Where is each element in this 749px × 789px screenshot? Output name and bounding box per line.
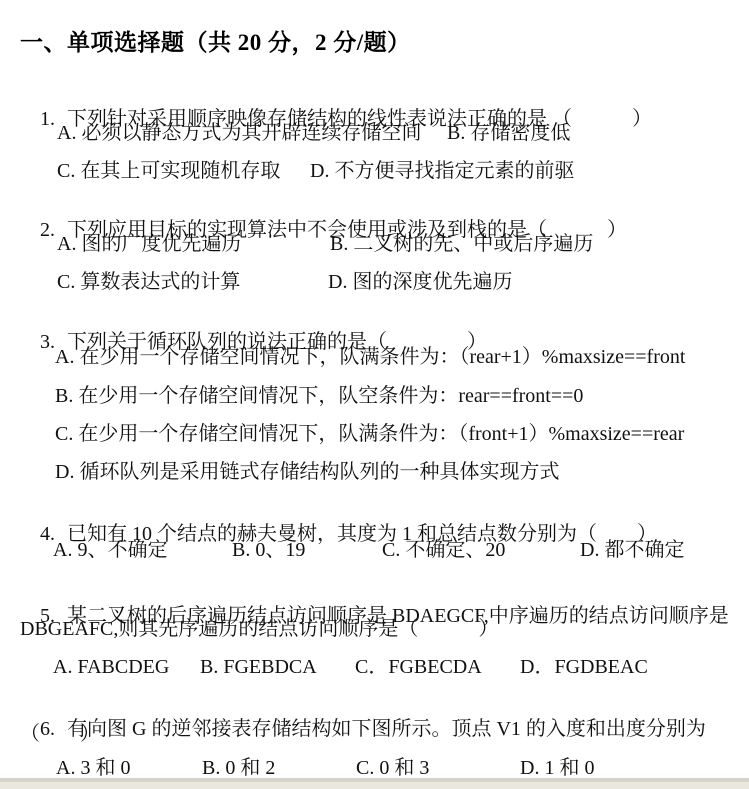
question-1-option-d: D. 不方便寻找指定元素的前驱 [310, 159, 574, 183]
question-6-line-1: 6.有向图 G 的逆邻接表存储结构如下图所示。顶点 V1 的入度和出度分别为 [20, 693, 706, 765]
question-1-number: 1. [40, 108, 55, 130]
question-4-option-d: D. 都不确定 [580, 538, 684, 562]
question-5-option-c: C．FGBECDA [355, 655, 482, 679]
question-6-option-b: B. 0 和 2 [202, 756, 275, 780]
exam-document-page: 一、单项选择题（共 20 分，2 分/题） 1.下列针对采用顺序映像存储结构的线… [0, 0, 749, 789]
question-5-option-d: D．FGDBEAC [520, 655, 648, 679]
question-1-option-c: C. 在其上可实现随机存取 [57, 159, 280, 183]
question-3-option-b: B. 在少用一个存储空间情况下，队空条件为：rear==front==0 [55, 384, 583, 408]
question-4-option-b: B. 0、19 [232, 538, 305, 562]
question-5-option-b: B. FGEBDCA [200, 655, 317, 679]
page-bottom-edge-fill [0, 782, 749, 789]
question-1-option-a: A. 必须以静态方式为其开辟连续存储空间 [57, 121, 421, 145]
question-6-option-d: D. 1 和 0 [520, 756, 594, 780]
question-4-option-c: C. 不确定、20 [382, 538, 505, 562]
question-6-text-line-1: 有向图 G 的逆邻接表存储结构如下图所示。顶点 V1 的入度和出度分别为 [67, 718, 706, 740]
section-title: 一、单项选择题（共 20 分，2 分/题） [20, 24, 411, 57]
question-2-option-d: D. 图的深度优先遍历 [328, 270, 512, 294]
question-4-option-a: A. 9、不确定 [53, 538, 167, 562]
question-1-option-b: B. 存储密度低 [447, 121, 570, 145]
question-3-number: 3. [40, 331, 55, 353]
question-2-option-b: B. 二叉树的先、中或后序遍历 [330, 232, 593, 256]
question-6-answer-blank: （ ） [20, 722, 100, 746]
question-3-option-d: D. 循环队列是采用链式存储结构队列的一种具体实现方式 [55, 460, 559, 484]
question-6-option-a: A. 3 和 0 [56, 756, 130, 780]
question-5-line-2: DBGEAFC,则其先序遍历的结点访问顺序是（ ） [20, 617, 498, 641]
question-3-option-a: A. 在少用一个存储空间情况下，队满条件为：（rear+1）%maxsize==… [55, 345, 685, 369]
question-6-option-c: C. 0 和 3 [356, 756, 429, 780]
question-2-option-a: A. 图的广度优先遍历 [57, 232, 241, 256]
question-2-option-c: C. 算数表达式的计算 [57, 270, 240, 294]
question-3-option-c: C. 在少用一个存储空间情况下，队满条件为：（front+1）%maxsize=… [55, 422, 684, 446]
question-5-line-1: 5.某二叉树的后序遍历结点访问顺序是 BDAEGCF,中序遍历的结点访问顺序是 [20, 580, 729, 652]
question-2-number: 2. [40, 219, 55, 241]
question-5-option-a: A. FABCDEG [53, 655, 169, 679]
